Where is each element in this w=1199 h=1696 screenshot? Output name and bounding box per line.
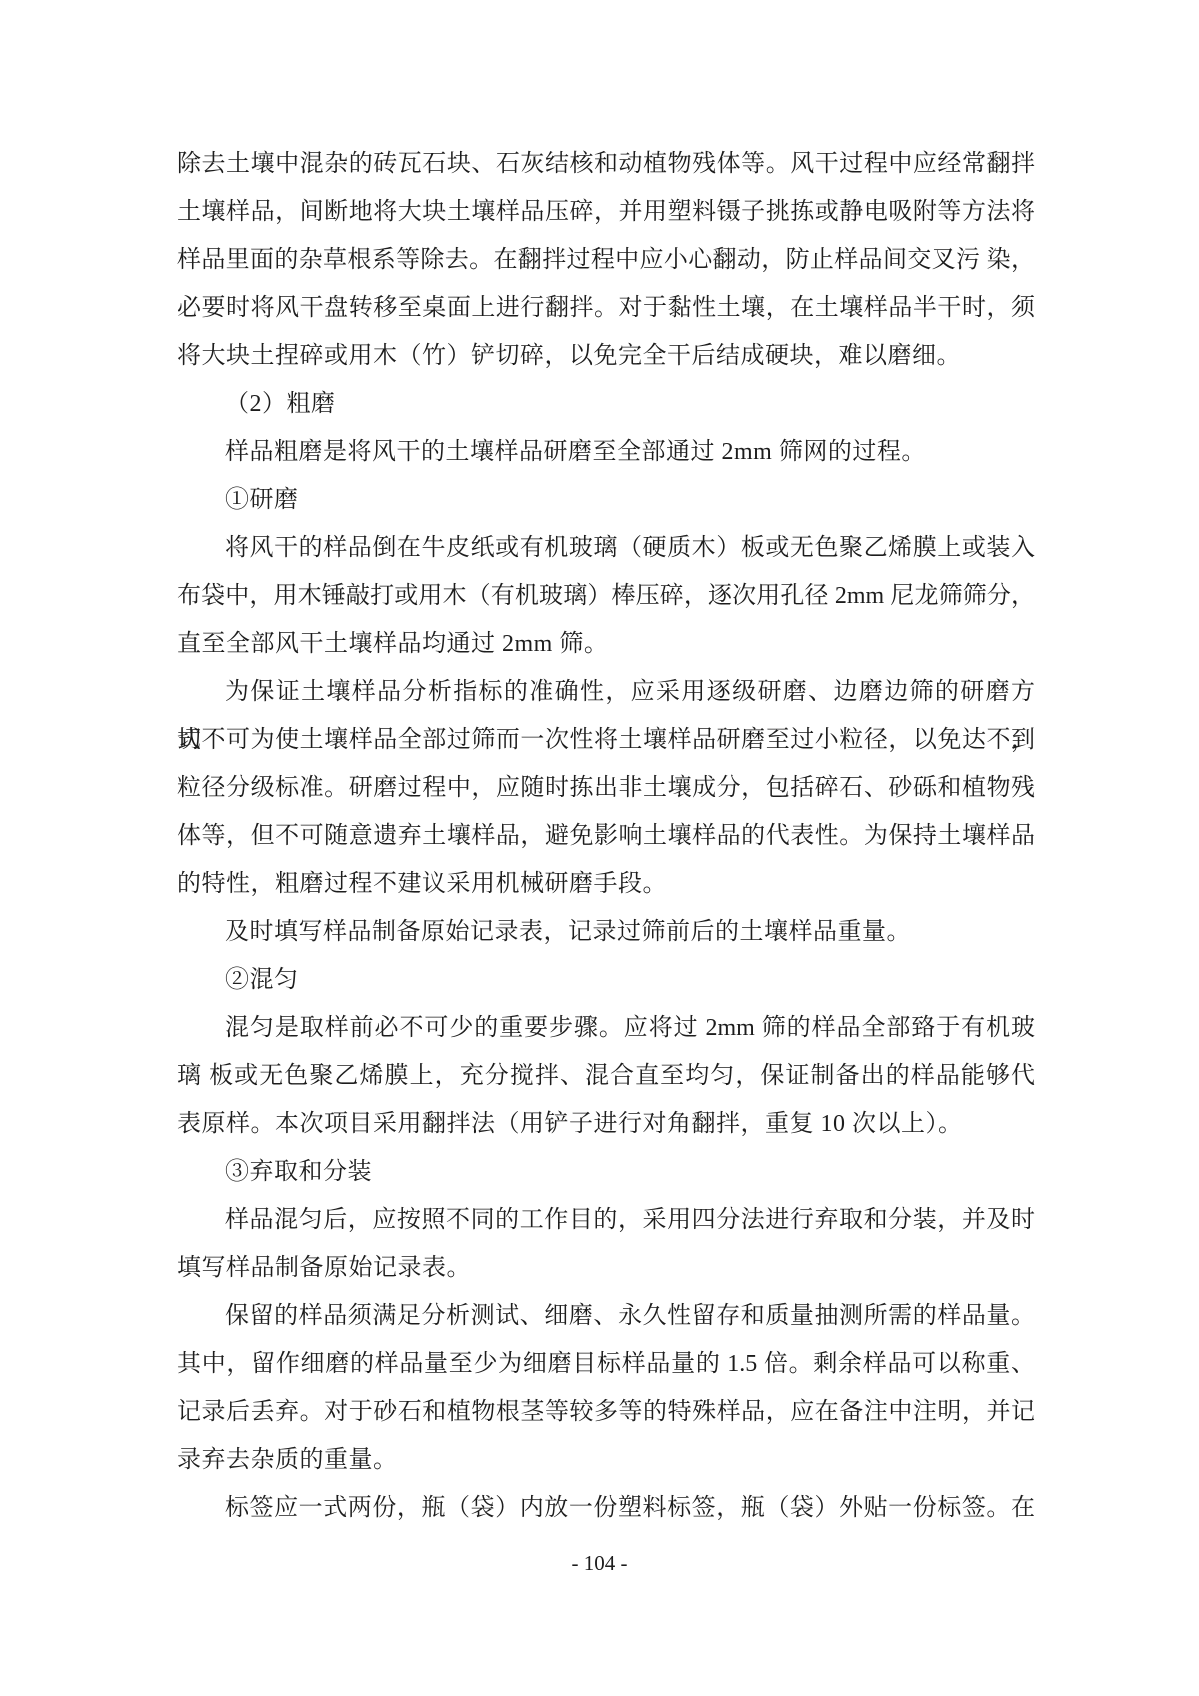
text-line-13: 切不可为使土壤样品全部过筛而一次性将土壤样品研磨至过小粒径，以免达不到 bbox=[177, 716, 1035, 764]
text-line-19: 混匀是取样前必不可少的重要步骤。应将过 2mm 筛的样品全部臵于有机玻 bbox=[177, 1004, 1035, 1052]
heading-discard-and-pack: ③弃取和分装 bbox=[177, 1148, 1035, 1196]
page-footer: - 104 - bbox=[0, 1548, 1199, 1578]
text-line-27: 记录后丢弃。对于砂石和植物根茎等较多等的特殊样品，应在备注中注明，并记 bbox=[177, 1388, 1035, 1436]
text-line-29: 标签应一式两份，瓶（袋）内放一份塑料标签，瓶（袋）外贴一份标签。在 bbox=[177, 1484, 1035, 1532]
text-line-12: 为保证土壤样品分析指标的准确性，应采用逐级研磨、边磨边筛的研磨方式， bbox=[177, 668, 1035, 716]
text-line-4: 必要时将风干盘转移至桌面上进行翻拌。对于黏性土壤，在土壤样品半干时，须 bbox=[177, 284, 1035, 332]
heading-grinding: ①研磨 bbox=[177, 476, 1035, 524]
text-line-23: 样品混匀后，应按照不同的工作目的，采用四分法进行弃取和分装，并及时 bbox=[177, 1196, 1035, 1244]
text-line-7: 样品粗磨是将风干的土壤样品研磨至全部通过 2mm 筛网的过程。 bbox=[177, 428, 1035, 476]
text-line-2: 土壤样品，间断地将大块土壤样品压碎，并用塑料镊子挑拣或静电吸附等方法将 bbox=[177, 188, 1035, 236]
text-line-15: 体等，但不可随意遗弃土壤样品，避免影响土壤样品的代表性。为保持土壤样品 bbox=[177, 812, 1035, 860]
document-body: 除去土壤中混杂的砖瓦石块、石灰结核和动植物残体等。风干过程中应经常翻拌 土壤样品… bbox=[177, 140, 1035, 1532]
text-line-28: 录弃去杂质的重量。 bbox=[177, 1436, 1035, 1484]
heading-mixing: ②混匀 bbox=[177, 956, 1035, 1004]
text-line-9: 将风干的样品倒在牛皮纸或有机玻璃（硬质木）板或无色聚乙烯膜上或装入 bbox=[177, 524, 1035, 572]
text-line-26: 其中，留作细磨的样品量至少为细磨目标样品量的 1.5 倍。剩余样品可以称重、 bbox=[177, 1340, 1035, 1388]
text-line-1: 除去土壤中混杂的砖瓦石块、石灰结核和动植物残体等。风干过程中应经常翻拌 bbox=[177, 140, 1035, 188]
page-number: - 104 - bbox=[572, 1551, 628, 1575]
text-line-11: 直至全部风干土壤样品均通过 2mm 筛。 bbox=[177, 620, 1035, 668]
document-page: 除去土壤中混杂的砖瓦石块、石灰结核和动植物残体等。风干过程中应经常翻拌 土壤样品… bbox=[0, 0, 1199, 1696]
text-line-17: 及时填写样品制备原始记录表，记录过筛前后的土壤样品重量。 bbox=[177, 908, 1035, 956]
text-line-21: 表原样。本次项目采用翻拌法（用铲子进行对角翻拌，重复 10 次以上）。 bbox=[177, 1100, 1035, 1148]
text-line-16: 的特性，粗磨过程不建议采用机械研磨手段。 bbox=[177, 860, 1035, 908]
heading-coarse-grinding: （2）粗磨 bbox=[177, 380, 1035, 428]
text-line-3: 样品里面的杂草根系等除去。在翻拌过程中应小心翻动，防止样品间交叉污 染， bbox=[177, 236, 1035, 284]
text-line-5: 将大块土捏碎或用木（竹）铲切碎，以免完全干后结成硬块，难以磨细。 bbox=[177, 332, 1035, 380]
text-line-10: 布袋中，用木锤敲打或用木（有机玻璃）棒压碎，逐次用孔径 2mm 尼龙筛筛分， bbox=[177, 572, 1035, 620]
text-line-25: 保留的样品须满足分析测试、细磨、永久性留存和质量抽测所需的样品量。 bbox=[177, 1292, 1035, 1340]
text-line-24: 填写样品制备原始记录表。 bbox=[177, 1244, 1035, 1292]
text-line-20: 璃 板或无色聚乙烯膜上，充分搅拌、混合直至均匀，保证制备出的样品能够代 bbox=[177, 1052, 1035, 1100]
text-line-14: 粒径分级标准。研磨过程中，应随时拣出非土壤成分，包括碎石、砂砾和植物残 bbox=[177, 764, 1035, 812]
